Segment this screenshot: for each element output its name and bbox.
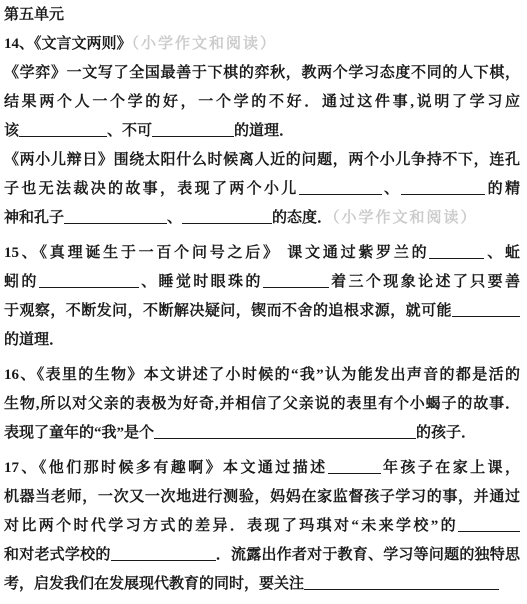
- fill-in-blank-line: [152, 124, 234, 137]
- text-line: 该、不可的道理．: [4, 117, 520, 146]
- fill-in-blank-line: [304, 577, 499, 590]
- fill-in-blank-line: [154, 426, 416, 439]
- fill-in-blank-line: [452, 304, 520, 317]
- text-run: 于观察，不断发问，不断解决疑问，锲而不舍的追根求源，就可能: [4, 303, 452, 319]
- text-run: 《两小儿辩日》围绕太阳什么时候离人近的问题，两个小儿争持不下，连孔: [4, 152, 520, 168]
- text-run: 子也无法裁决的故事，表现了两个小儿: [4, 181, 299, 197]
- text-run: 的道理．: [234, 123, 294, 139]
- text-run: 、睡觉时眼珠的: [139, 274, 263, 290]
- text-line: 机器当老师，一次又一次地进行测验，妈妈在家监督孩子学习的事，并通过: [4, 483, 520, 512]
- text-run: 考，启发我们在发展现代教育的同时，要关注: [4, 576, 304, 592]
- unit-title-block: 第五单元: [4, 1, 520, 30]
- text-line: 17、《他们那时候多有趣啊》本文通过描述年孩子在家上课，: [4, 454, 520, 483]
- text-run: 对比两个时代学习方式的差异．表现了玛琪对“未来学校”的: [4, 518, 458, 534]
- text-run: 17、《他们那时候多有趣啊》本文通过描述: [4, 460, 328, 476]
- text-line: 的道理．: [4, 326, 520, 355]
- fill-in-blank-line: [299, 182, 382, 195]
- watermark-text: （小学作文和阅读）: [132, 36, 278, 52]
- text-run: 第五单元: [4, 7, 64, 23]
- question-15: 15、《真理诞生于一百个问号之后》 课文通过紫罗兰的、蚯蚓的、睡觉时眼珠的着三个…: [4, 239, 520, 355]
- text-line: 15、《真理诞生于一百个问号之后》 课文通过紫罗兰的、蚯: [4, 239, 520, 268]
- text-line: 生物,所以对父亲的表极为好奇,并相信了父亲说的表里有个小蝎子的故事．: [4, 390, 520, 419]
- text-line: 结果两个人一个学的好，一个学的不好．通过这件事,说明了学习应: [4, 88, 520, 117]
- fill-in-blank-line: [19, 124, 107, 137]
- text-line: 14、《文言文两则》（小学作文和阅读）: [4, 30, 520, 59]
- text-run: 、: [382, 181, 402, 197]
- fill-in-blank-line: [39, 275, 139, 288]
- fill-in-blank-line: [429, 246, 484, 259]
- text-line: 16、《表里的生物》本文讲述了小时候的“我”认为能发出声音的都是活的: [4, 361, 520, 390]
- text-run: 生物,所以对父亲的表极为好奇,并相信了父亲说的表里有个小蝎子的故事．: [4, 396, 520, 412]
- fill-in-blank-line: [458, 519, 520, 532]
- text-run: 表现了童年的“我”是个: [4, 425, 154, 441]
- text-run: 14、《文言文两则》: [4, 36, 132, 52]
- question-14: 14、《文言文两则》（小学作文和阅读）《学弈》一文写了全国最善于下棋的弈秋，教两…: [4, 30, 520, 233]
- text-run: 的孩子．: [416, 425, 476, 441]
- watermark-text: （小学作文和阅读）: [332, 210, 478, 226]
- text-run: 《学弈》一文写了全国最善于下棋的弈秋，教两个学习态度不同的人下棋，: [4, 65, 520, 81]
- text-line: 于观察，不断发问，不断解决疑问，锲而不舍的追根求源，就可能: [4, 297, 520, 326]
- text-run: 的态度．: [272, 210, 332, 226]
- question-17: 17、《他们那时候多有趣啊》本文通过描述年孩子在家上课，机器当老师，一次又一次地…: [4, 454, 520, 599]
- text-line: 考，启发我们在发展现代教育的同时，要关注: [4, 570, 520, 599]
- fill-in-blank-line: [111, 548, 216, 561]
- text-line: 对比两个时代学习方式的差异．表现了玛琪对“未来学校”的: [4, 512, 520, 541]
- text-run: 的道理．: [4, 332, 64, 348]
- worksheet-page: 第五单元14、《文言文两则》（小学作文和阅读）《学弈》一文写了全国最善于下棋的弈…: [0, 0, 527, 599]
- text-run: 机器当老师，一次又一次地进行测验，妈妈在家监督孩子学习的事，并通过: [4, 489, 520, 505]
- text-line: 蚓的、睡觉时眼珠的着三个现象论述了只要善: [4, 268, 520, 297]
- text-run: 16、《表里的生物》本文讲述了小时候的“我”认为能发出声音的都是活的: [4, 367, 520, 383]
- fill-in-blank-line: [64, 211, 167, 224]
- fill-in-blank-line: [263, 275, 329, 288]
- text-line: 《两小儿辩日》围绕太阳什么时候离人近的问题，两个小儿争持不下，连孔: [4, 146, 520, 175]
- text-run: 、: [167, 210, 182, 226]
- text-line: 和对老式学校的．流露出作者对于教育、学习等问题的独特思: [4, 541, 520, 570]
- text-line: 神和孔子、的态度．（小学作文和阅读）: [4, 204, 520, 233]
- text-run: 的精: [485, 181, 520, 197]
- fill-in-blank-line: [401, 182, 485, 195]
- text-run: 、不可: [107, 123, 152, 139]
- text-run: 结果两个人一个学的好，一个学的不好．通过这件事,说明了学习应: [4, 94, 520, 110]
- text-run: ．流露出作者对于教育、学习等问题的独特思: [216, 547, 520, 563]
- text-run: 年孩子在家上课，: [381, 460, 520, 476]
- text-run: 、蚯: [484, 245, 520, 261]
- text-run: 该: [4, 123, 19, 139]
- text-line: 子也无法裁决的故事，表现了两个小儿、的精: [4, 175, 520, 204]
- text-line: 第五单元: [4, 1, 520, 30]
- fill-in-blank-line: [182, 211, 272, 224]
- text-run: 神和孔子: [4, 210, 64, 226]
- text-run: 蚓的: [4, 274, 39, 290]
- text-line: 《学弈》一文写了全国最善于下棋的弈秋，教两个学习态度不同的人下棋，: [4, 59, 520, 88]
- question-16: 16、《表里的生物》本文讲述了小时候的“我”认为能发出声音的都是活的生物,所以对…: [4, 361, 520, 448]
- text-line: 表现了童年的“我”是个的孩子．: [4, 419, 520, 448]
- fill-in-blank-line: [328, 461, 381, 474]
- text-run: 15、《真理诞生于一百个问号之后》 课文通过紫罗兰的: [4, 245, 429, 261]
- text-run: 着三个现象论述了只要善: [329, 274, 520, 290]
- text-run: 和对老式学校的: [4, 547, 111, 563]
